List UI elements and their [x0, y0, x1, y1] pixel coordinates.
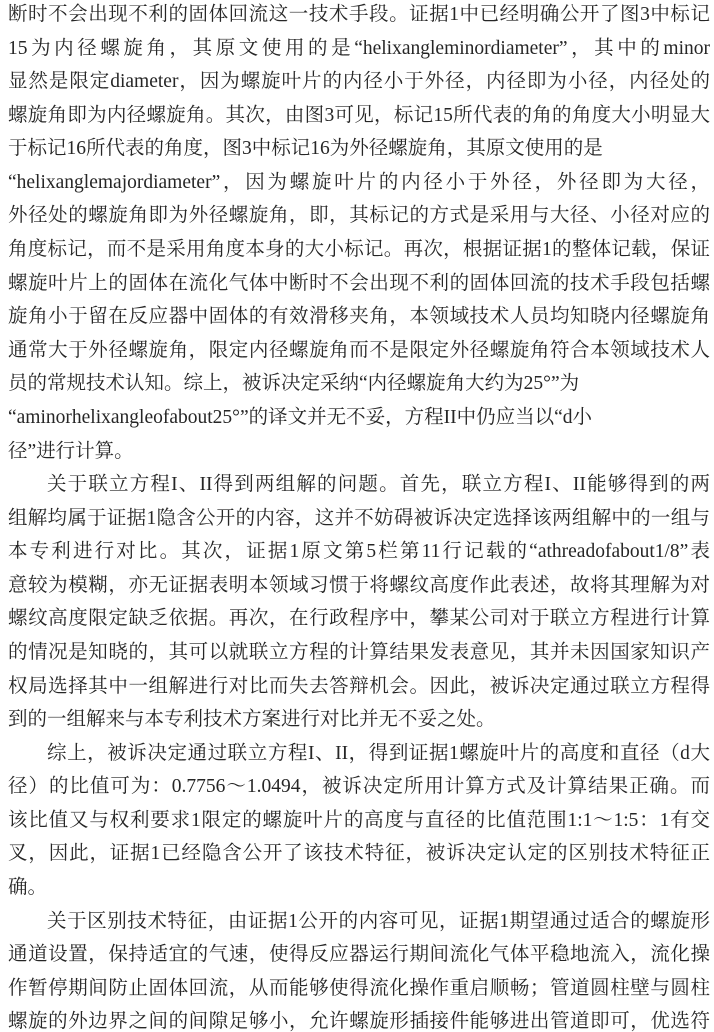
text-line: 到的一组解来与本专利技术方案进行对比并无不妥之处。 [8, 703, 710, 737]
text-line: 关于联立方程I、II得到两组解的问题。首先，联立方程I、II能够得到的两 [8, 468, 710, 502]
text-line: 该比值又与权利要求1限定的螺旋叶片的高度与直径的比值范围1:1～1:5：1有交 [8, 804, 710, 838]
text-line: 确。 [8, 871, 710, 905]
text-line: 螺旋角即为内径螺旋角。其次，由图3可见，标记15所代表的角的角度大小明显大 [8, 99, 710, 133]
text-line: 权局选择其中一组解进行对比而失去答辩机会。因此，被诉决定通过联立方程得 [8, 670, 710, 704]
text-line: 角度标记，而不是采用角度本身的大小标记。再次，根据证据1的整体记载，保证 [8, 233, 710, 267]
text-line: 15为内径螺旋角，其原文使用的是“helixangleminordiameter… [8, 32, 710, 66]
text-line: 旋角小于留在反应器中固体的有效滑移夹角，本领域技术人员均知晓内径螺旋角 [8, 300, 710, 334]
text-line: 关于区别技术特征，由证据1公开的内容可见，证据1期望通过适合的螺旋形 [8, 905, 710, 939]
text-line: 螺旋的外边界之间的间隙足够小，允许螺旋形插接件能够进出管道即可，优选符 [8, 1005, 710, 1032]
text-line: 螺旋叶片上的固体在流化气体中断时不会出现不利的固体回流的技术手段包括螺 [8, 267, 710, 301]
text-line: 本专利进行对比。其次，证据1原文第5栏第11行记载的“athreadofabou… [8, 535, 710, 569]
text-line: 叉，因此，证据1已经隐含公开了该技术特征，被诉决定认定的区别技术特征正 [8, 837, 710, 871]
document-text: 断时不会出现不利的固体回流这一技术手段。证据1中已经明确公开了图3中标记15为内… [8, 0, 710, 1032]
text-line: 断时不会出现不利的固体回流这一技术手段。证据1中已经明确公开了图3中标记 [8, 0, 710, 32]
text-line: “helixanglemajordiameter”，因为螺旋叶片的内径小于外径，… [8, 166, 710, 200]
text-line: 的情况是知晓的，其可以就联立方程的计算结果发表意见，其并未因国家知识产 [8, 636, 710, 670]
text-line: 综上，被诉决定通过联立方程I、II，得到证据1螺旋叶片的高度和直径（d大 [8, 737, 710, 771]
document-page: 断时不会出现不利的固体回流这一技术手段。证据1中已经明确公开了图3中标记15为内… [0, 0, 714, 1030]
text-line: 通常大于外径螺旋角，限定内径螺旋角而不是限定外径螺旋角符合本领域技术人 [8, 334, 710, 368]
text-line: 径”进行计算。 [8, 435, 710, 469]
text-line: 员的常规技术认知。综上，被诉决定采纳“内径螺旋角大约为25°”为 [8, 367, 710, 401]
text-line: “aminorhelixangleofabout25°”的译文并无不妥，方程II… [8, 401, 710, 435]
text-line: 作暂停期间防止固体回流，从而能够使得流化操作重启顺畅；管道圆柱壁与圆柱 [8, 972, 710, 1006]
text-line: 通道设置，保持适宜的气速，使得反应器运行期间流化气体平稳地流入，流化操 [8, 938, 710, 972]
text-line: 显然是限定diameter，因为螺旋叶片的内径小于外径，内径即为小径，内径处的 [8, 65, 710, 99]
text-line: 径）的比值可为：0.7756～1.0494，被诉决定所用计算方式及计算结果正确。… [8, 770, 710, 804]
text-line: 意较为模糊，亦无证据表明本领域习惯于将螺纹高度作此表述，故将其理解为对 [8, 569, 710, 603]
text-line: 于标记16所代表的角度，图3中标记16为外径螺旋角，其原文使用的是 [8, 132, 710, 166]
text-line: 组解均属于证据1隐含公开的内容，这并不妨碍被诉决定选择该两组解中的一组与 [8, 502, 710, 536]
text-line: 外径处的螺旋角即为外径螺旋角，即，其标记的方式是采用与大径、小径对应的 [8, 199, 710, 233]
text-line: 螺纹高度限定缺乏依据。再次，在行政程序中，攀某公司对于联立方程进行计算 [8, 602, 710, 636]
